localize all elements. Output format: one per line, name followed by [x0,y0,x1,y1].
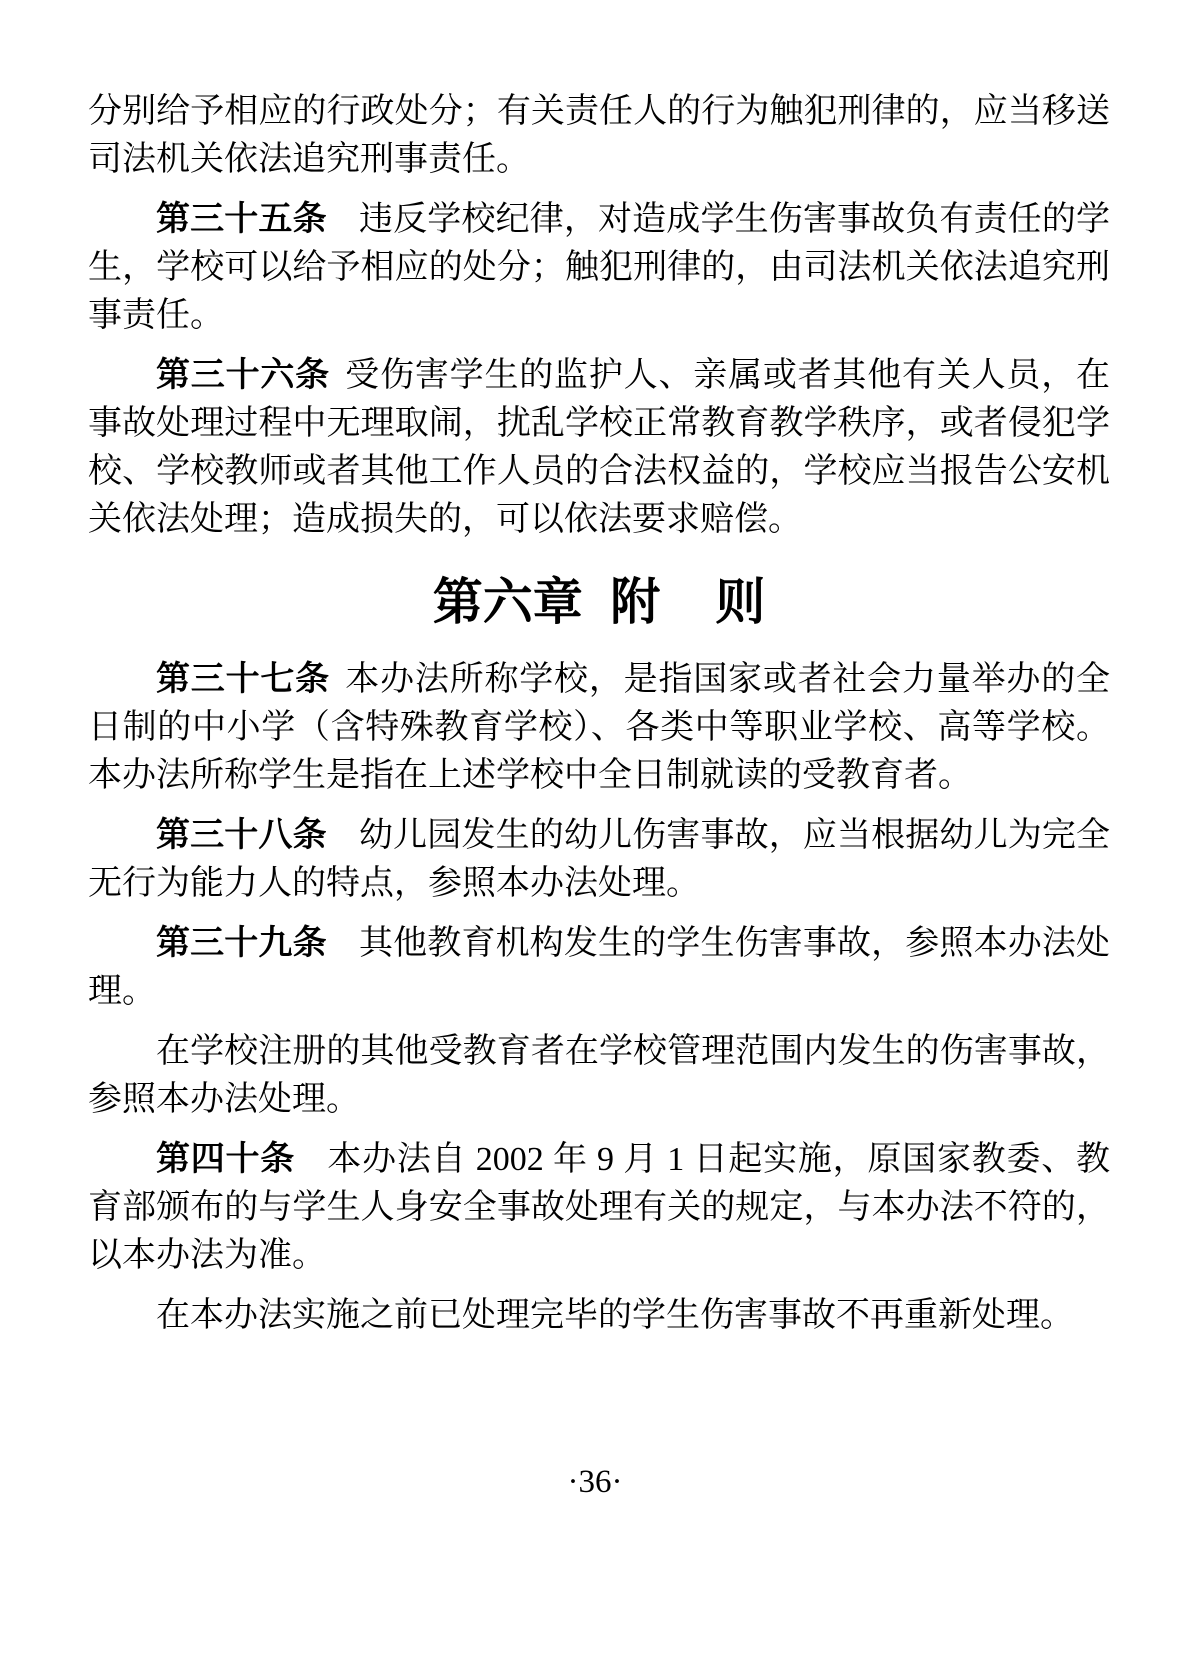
page-number: ·36· [0,1462,1190,1502]
chapter-title-char-1: 附 [610,574,660,630]
document-content: 分别给予相应的行政处分；有关责任人的行为触犯刑律的，应当移送司法机关依法追究刑事… [0,0,1190,1340]
chapter-title-char-2: 则 [715,574,765,630]
paragraph-continuation: 分别给予相应的行政处分；有关责任人的行为触犯刑律的，应当移送司法机关依法追究刑事… [88,88,1110,184]
article-39-label: 第三十九条 [156,925,327,962]
article-37-label: 第三十七条 [156,661,330,698]
article-35-label: 第三十五条 [156,201,327,238]
paragraph-article-40-supplement: 在本办法实施之前已处理完毕的学生伤害事故不再重新处理。 [88,1292,1110,1340]
chapter-number: 第六章 [433,574,583,630]
paragraph-text: 分别给予相应的行政处分；有关责任人的行为触犯刑律的，应当移送司法机关依法追究刑事… [88,93,1110,178]
paragraph-article-39-supplement: 在学校注册的其他受教育者在学校管理范围内发生的伤害事故，参照本办法处理。 [88,1028,1110,1124]
chapter-heading: 第六章附则 [88,572,1110,632]
article-36-label: 第三十六条 [156,357,330,394]
article-38-label: 第三十八条 [156,817,327,854]
paragraph-article-35: 第三十五条违反学校纪律，对造成学生伤害事故负有责任的学生，学校可以给予相应的处分… [88,196,1110,340]
paragraph-text: 在学校注册的其他受教育者在学校管理范围内发生的伤害事故，参照本办法处理。 [88,1033,1110,1118]
paragraph-article-36: 第三十六条受伤害学生的监护人、亲属或者其他有关人员，在事故处理过程中无理取闹，扰… [88,352,1110,544]
paragraph-article-39: 第三十九条其他教育机构发生的学生伤害事故，参照本办法处理。 [88,920,1110,1016]
paragraph-article-37: 第三十七条本办法所称学校，是指国家或者社会力量举办的全日制的中小学（含特殊教育学… [88,656,1110,800]
paragraph-article-40: 第四十条本办法自 2002 年 9 月 1 日起实施，原国家教委、教育部颁布的与… [88,1136,1110,1280]
document-page: 分别给予相应的行政处分；有关责任人的行为触犯刑律的，应当移送司法机关依法追究刑事… [0,0,1190,1670]
article-40-label: 第四十条 [156,1141,295,1178]
paragraph-text: 在本办法实施之前已处理完毕的学生伤害事故不再重新处理。 [156,1297,1074,1334]
paragraph-article-38: 第三十八条幼儿园发生的幼儿伤害事故，应当根据幼儿为完全无行为能力人的特点，参照本… [88,812,1110,908]
